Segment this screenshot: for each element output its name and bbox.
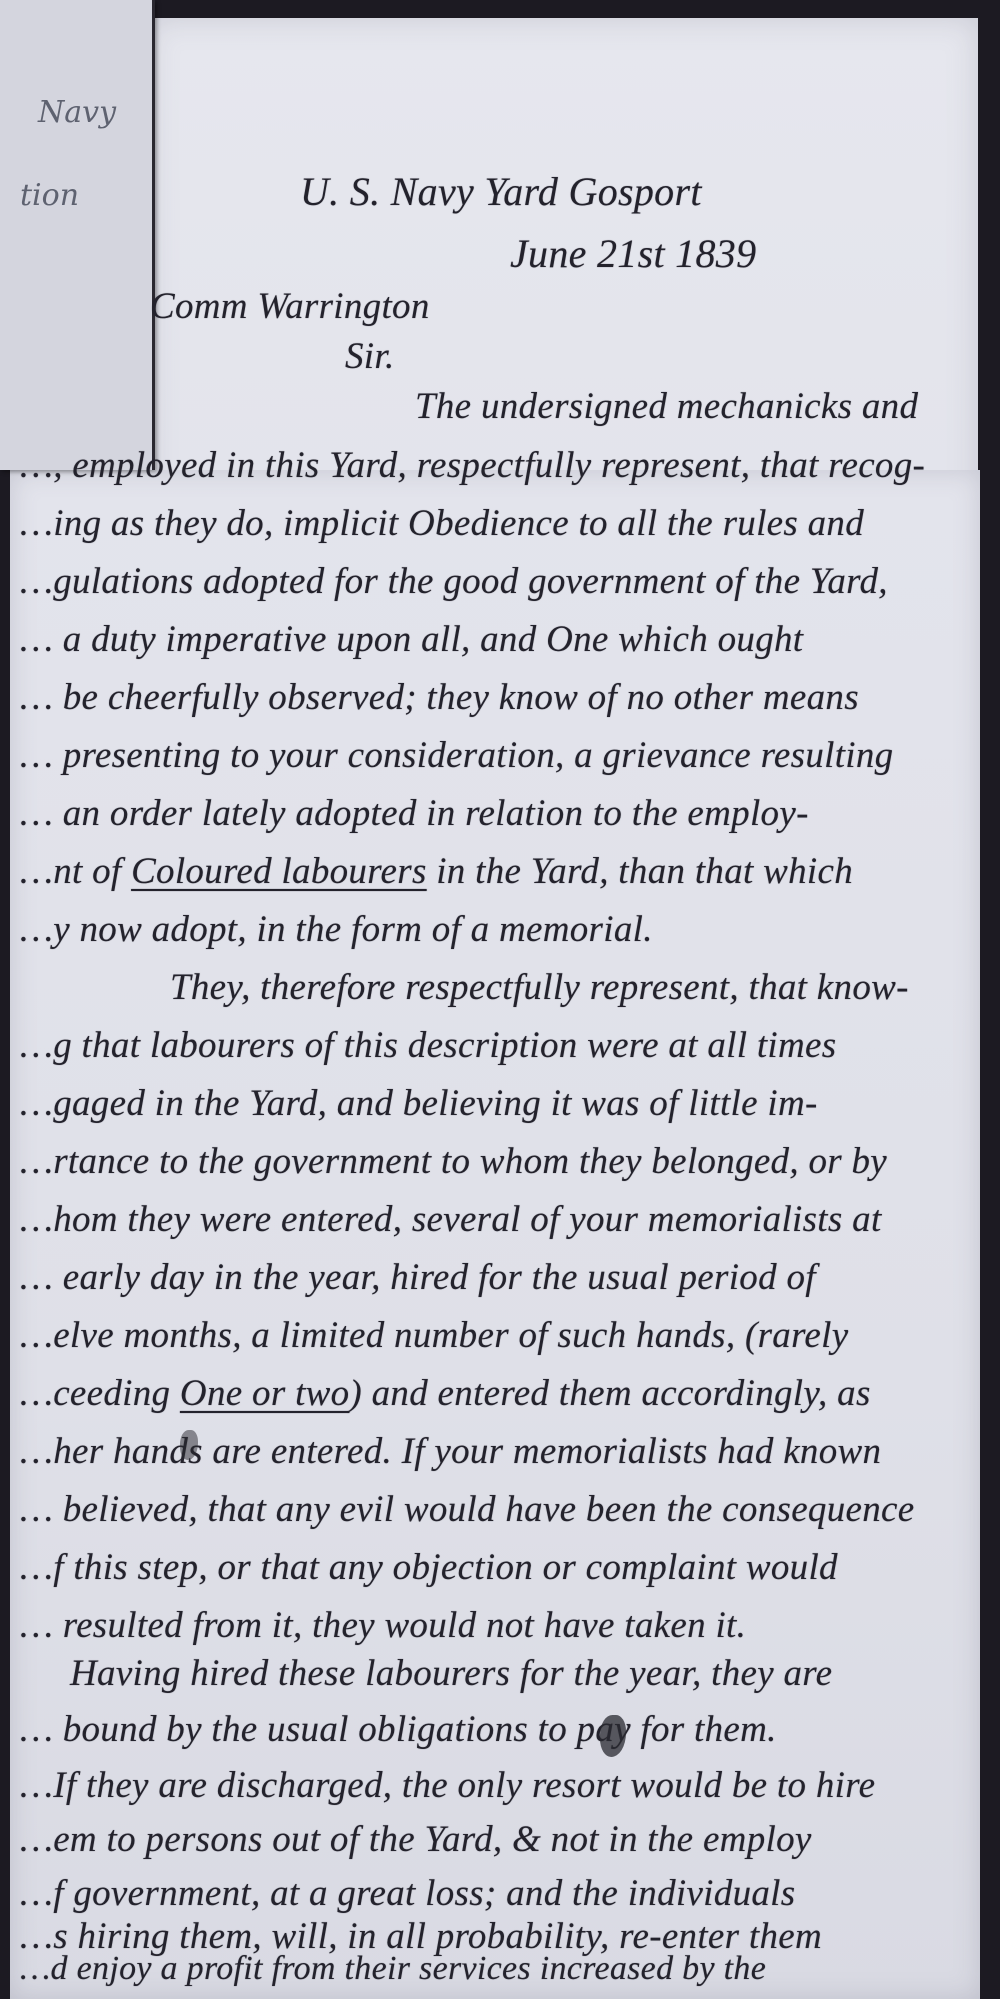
body-line: … early day in the year, hired for the u… — [20, 1256, 975, 1299]
slip-fragment: Navy — [38, 95, 116, 130]
body-line: … a duty imperative upon all, and One wh… — [20, 618, 975, 661]
underlined-phrase: Coloured labourers — [131, 851, 427, 892]
body-line: …f this step, or that any objection or c… — [20, 1546, 975, 1589]
body-line: …If they are discharged, the only resort… — [20, 1764, 975, 1807]
body-line: …, employed in this Yard, respectfully r… — [20, 444, 975, 487]
body-line: …em to persons out of the Yard, & not in… — [20, 1818, 975, 1861]
body-line: …ceeding One or two) and entered them ac… — [20, 1372, 975, 1415]
body-line: …gaged in the Yard, and believing it was… — [20, 1082, 975, 1125]
body-line: …d enjoy a profit from their services in… — [20, 1950, 975, 1988]
line-suffix: ) and entered them accordingly, as — [349, 1373, 870, 1414]
body-line: …hom they were entered, several of your … — [20, 1198, 975, 1241]
body-line: …ing as they do, implicit Obedience to a… — [20, 502, 975, 545]
underlined-phrase: One or two — [180, 1373, 350, 1414]
slip-fragment: tion — [20, 178, 79, 213]
addressee: Comm Warrington — [150, 285, 430, 328]
salutation-greeting: Sir. — [345, 335, 395, 378]
body-line: …gulations adopted for the good governme… — [20, 560, 975, 603]
body-line: …rtance to the government to whom they b… — [20, 1140, 975, 1183]
body-line: …y now adopt, in the form of a memorial. — [20, 908, 975, 951]
body-line: … be cheerfully observed; they know of n… — [20, 676, 975, 719]
body-line: … presenting to your consideration, a gr… — [20, 734, 975, 777]
body-line: … resulted from it, they would not have … — [20, 1604, 975, 1647]
body-line: Having hired these labourers for the yea… — [70, 1652, 832, 1695]
overlapping-paper-slip: Navy tion — [0, 0, 155, 470]
body-line: The undersigned mechanicks and — [415, 385, 918, 428]
line-suffix: in the Yard, than that which — [427, 851, 853, 892]
body-line: …her hands are entered. If your memorial… — [20, 1430, 975, 1473]
line-prefix: …ceeding — [20, 1373, 170, 1414]
letter-place: U. S. Navy Yard Gosport — [300, 168, 702, 215]
body-line: … believed, that any evil would have bee… — [20, 1488, 975, 1531]
body-line: They, therefore respectfully represent, … — [170, 966, 909, 1009]
body-line: … an order lately adopted in relation to… — [20, 792, 975, 835]
body-line: … bound by the usual obligations to pay … — [20, 1708, 975, 1751]
body-line: …g that labourers of this description we… — [20, 1024, 975, 1067]
line-prefix: …nt of — [20, 851, 122, 892]
body-line: …nt of Coloured labourers in the Yard, t… — [20, 850, 975, 893]
body-line: …f government, at a great loss; and the … — [20, 1872, 975, 1915]
letter-date: June 21st 1839 — [510, 230, 756, 277]
body-line: …elve months, a limited number of such h… — [20, 1314, 975, 1357]
